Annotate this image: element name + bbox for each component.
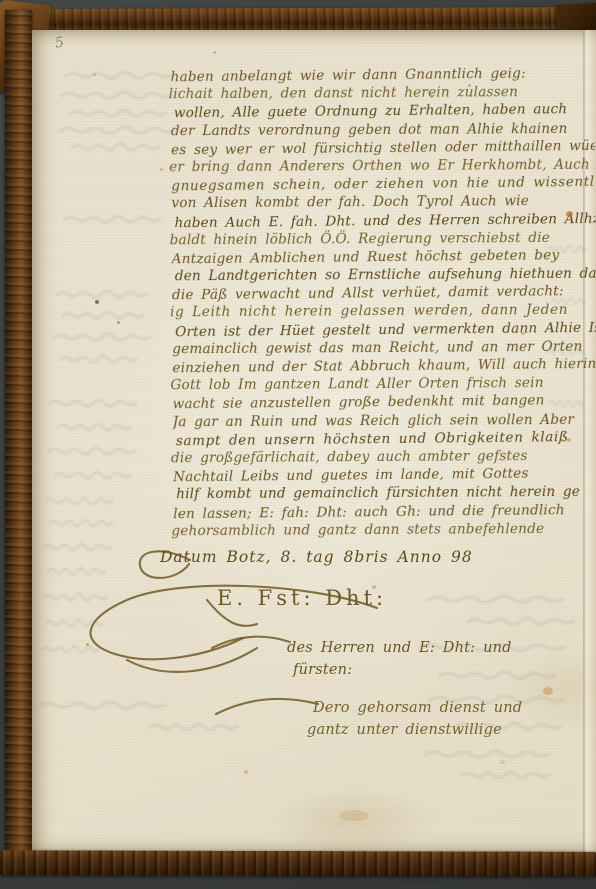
foxing-spot: [543, 687, 553, 695]
foxing-spot: [160, 168, 163, 171]
foxing-spot: [500, 760, 505, 764]
foxing-spot: [430, 95, 433, 98]
closing-flourish: [208, 630, 294, 656]
foxing-spot: [372, 585, 376, 589]
subscription-line-1: Dero gehorsam dienst und: [313, 700, 522, 716]
foxing-spot: [244, 770, 248, 774]
closing-line-2: fürsten:: [293, 662, 352, 678]
manuscript-line: len lassen; E: fah: Dht: auch Gh: und di…: [173, 500, 596, 523]
subscription-flourish: [212, 690, 322, 720]
foxing-spot: [566, 211, 573, 217]
manuscript-line: Orten ist der Hüet gestelt und vermerkte…: [175, 318, 596, 341]
closing-line-1: des Herren und E: Dht: und: [287, 640, 512, 656]
subscription-line-2: gantz unter dienstwillige: [307, 722, 502, 738]
dateline: Datum Botz, 8. tag 8bris Anno 98: [160, 548, 473, 566]
foxing-spot: [86, 643, 89, 646]
stain: [340, 810, 368, 821]
book-scan: 5 haben anbelangt wie wir dann Gnanntlic…: [0, 0, 596, 889]
foxing-spot: [117, 321, 120, 324]
foxing-spot: [95, 300, 99, 304]
page-number: 5: [54, 34, 65, 51]
book-cover-edge-top: [0, 7, 596, 31]
foxing-spot: [213, 51, 216, 54]
manuscript-line: haben Auch E. fah. Dht. und des Herren s…: [174, 209, 595, 232]
manuscript-text-block: haben anbelangt wie wir dann Gnanntlich …: [171, 65, 596, 540]
foxing-spot: [567, 438, 571, 442]
signature: E. Fst: Dht:: [217, 586, 387, 610]
book-cover-edge-left: [5, 10, 32, 872]
book-cover-edge-bottom: [0, 850, 596, 877]
foxing-spot: [468, 84, 471, 87]
manuscript-page: 5 haben anbelangt wie wir dann Gnanntlic…: [32, 30, 596, 854]
foxing-spot: [521, 332, 525, 335]
foxing-spot: [93, 73, 96, 76]
